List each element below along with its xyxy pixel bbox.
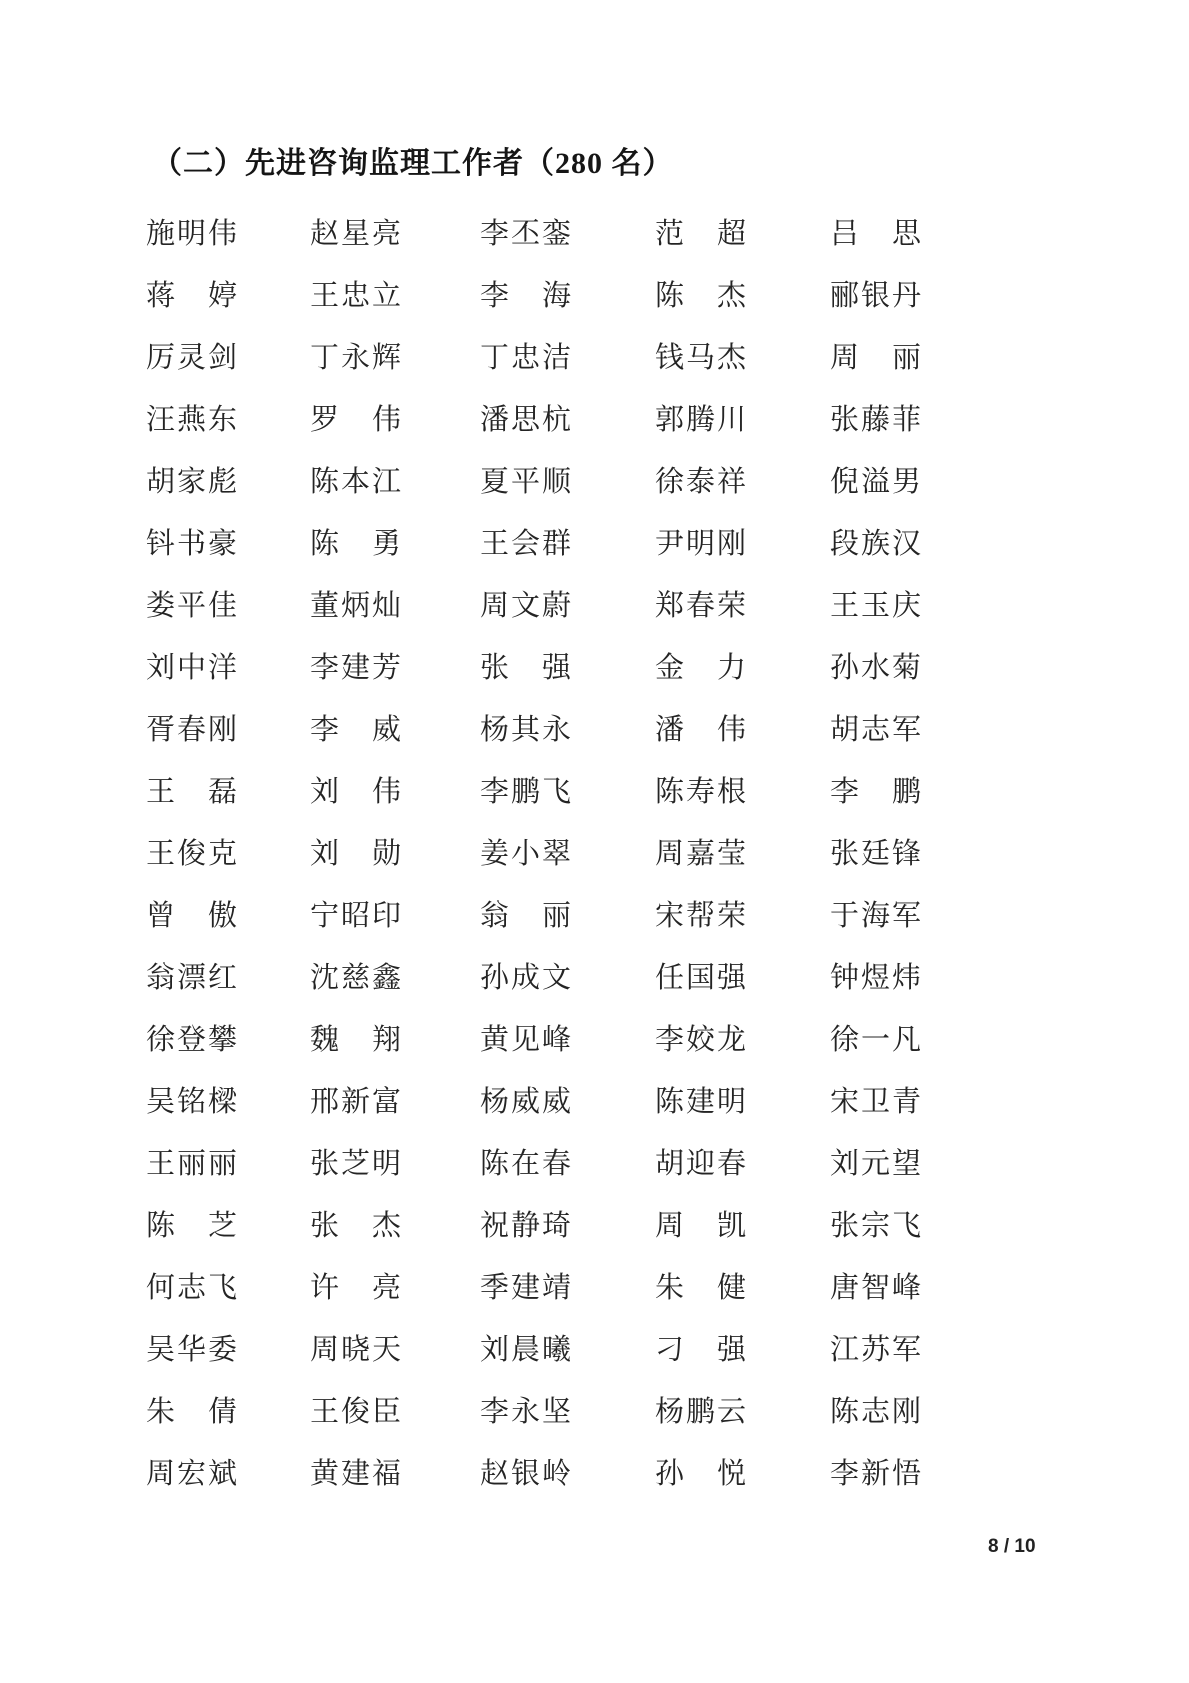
name-cell: 黄建福 bbox=[310, 1451, 480, 1492]
name-cell: 徐泰祥 bbox=[655, 459, 830, 500]
name-cell: 汪燕东 bbox=[146, 397, 310, 438]
name-cell: 吴华委 bbox=[146, 1327, 310, 1368]
name-row: 胡家彪陈本江夏平顺徐泰祥倪溢男 bbox=[146, 448, 960, 510]
name-cell: 陈寿根 bbox=[655, 769, 830, 810]
name-cell: 曾 傲 bbox=[146, 893, 310, 934]
name-cell: 胥春刚 bbox=[146, 707, 310, 748]
name-cell: 陈本江 bbox=[310, 459, 480, 500]
name-cell: 李新悟 bbox=[830, 1451, 960, 1492]
name-cell: 金 力 bbox=[655, 645, 830, 686]
name-cell: 罗 伟 bbox=[310, 397, 480, 438]
name-cell: 陈建明 bbox=[655, 1079, 830, 1120]
name-cell: 李姣龙 bbox=[655, 1017, 830, 1058]
names-grid: 施明伟赵星亮李丕銮范 超吕 思蒋 婷王忠立李 海陈 杰郦银丹厉灵剑丁永辉丁忠洁钱… bbox=[146, 200, 960, 1502]
name-row: 吴铭樑邢新富杨威威陈建明宋卫青 bbox=[146, 1068, 960, 1130]
name-cell: 李 威 bbox=[310, 707, 480, 748]
name-cell: 吴铭樑 bbox=[146, 1079, 310, 1120]
name-cell: 丁永辉 bbox=[310, 335, 480, 376]
name-cell: 陈在春 bbox=[480, 1141, 655, 1182]
name-cell: 董炳灿 bbox=[310, 583, 480, 624]
name-row: 曾 傲宁昭印翁 丽宋帮荣于海军 bbox=[146, 882, 960, 944]
section-title: （二）先进咨询监理工作者（280 名） bbox=[152, 138, 674, 182]
name-cell: 李永坚 bbox=[480, 1389, 655, 1430]
name-cell: 钟煜炜 bbox=[830, 955, 960, 996]
name-row: 汪燕东罗 伟潘思杭郭腾川张藤菲 bbox=[146, 386, 960, 448]
name-cell: 郑春荣 bbox=[655, 583, 830, 624]
name-cell: 王会群 bbox=[480, 521, 655, 562]
name-cell: 施明伟 bbox=[146, 211, 310, 252]
name-cell: 范 超 bbox=[655, 211, 830, 252]
name-row: 刘中洋李建芳张 强金 力孙水菊 bbox=[146, 634, 960, 696]
name-cell: 李鹏飞 bbox=[480, 769, 655, 810]
name-cell: 张宗飞 bbox=[830, 1203, 960, 1244]
name-cell: 张藤菲 bbox=[830, 397, 960, 438]
name-cell: 徐登攀 bbox=[146, 1017, 310, 1058]
name-cell: 李 海 bbox=[480, 273, 655, 314]
name-row: 娄平佳董炳灿周文蔚郑春荣王玉庆 bbox=[146, 572, 960, 634]
name-cell: 吕 思 bbox=[830, 211, 960, 252]
name-cell: 翁 丽 bbox=[480, 893, 655, 934]
name-cell: 王俊臣 bbox=[310, 1389, 480, 1430]
name-cell: 周 丽 bbox=[830, 335, 960, 376]
name-cell: 陈志刚 bbox=[830, 1389, 960, 1430]
name-cell: 任国强 bbox=[655, 955, 830, 996]
name-row: 蒋 婷王忠立李 海陈 杰郦银丹 bbox=[146, 262, 960, 324]
name-cell: 厉灵剑 bbox=[146, 335, 310, 376]
name-row: 吴华委周晓天刘晨曦刁 强江苏军 bbox=[146, 1316, 960, 1378]
name-row: 朱 倩王俊臣李永坚杨鹏云陈志刚 bbox=[146, 1378, 960, 1440]
name-cell: 刁 强 bbox=[655, 1327, 830, 1368]
name-cell: 张 强 bbox=[480, 645, 655, 686]
name-cell: 潘思杭 bbox=[480, 397, 655, 438]
name-cell: 钭书豪 bbox=[146, 521, 310, 562]
name-cell: 江苏军 bbox=[830, 1327, 960, 1368]
name-cell: 刘 伟 bbox=[310, 769, 480, 810]
name-row: 钭书豪陈 勇王会群尹明刚段族汉 bbox=[146, 510, 960, 572]
name-cell: 许 亮 bbox=[310, 1265, 480, 1306]
name-cell: 李丕銮 bbox=[480, 211, 655, 252]
name-cell: 张 杰 bbox=[310, 1203, 480, 1244]
document-page: （二）先进咨询监理工作者（280 名） 施明伟赵星亮李丕銮范 超吕 思蒋 婷王忠… bbox=[0, 0, 1189, 1683]
name-cell: 夏平顺 bbox=[480, 459, 655, 500]
name-cell: 陈 芝 bbox=[146, 1203, 310, 1244]
name-cell: 丁忠洁 bbox=[480, 335, 655, 376]
name-cell: 尹明刚 bbox=[655, 521, 830, 562]
name-cell: 王俊克 bbox=[146, 831, 310, 872]
name-cell: 段族汉 bbox=[830, 521, 960, 562]
name-cell: 姜小翠 bbox=[480, 831, 655, 872]
name-row: 厉灵剑丁永辉丁忠洁钱马杰周 丽 bbox=[146, 324, 960, 386]
page-number: 8 / 10 bbox=[988, 1536, 1036, 1558]
name-cell: 王 磊 bbox=[146, 769, 310, 810]
name-cell: 王丽丽 bbox=[146, 1141, 310, 1182]
name-cell: 潘 伟 bbox=[655, 707, 830, 748]
name-cell: 刘 勋 bbox=[310, 831, 480, 872]
name-cell: 娄平佳 bbox=[146, 583, 310, 624]
name-cell: 宋帮荣 bbox=[655, 893, 830, 934]
name-cell: 季建靖 bbox=[480, 1265, 655, 1306]
name-cell: 杨其永 bbox=[480, 707, 655, 748]
name-cell: 胡家彪 bbox=[146, 459, 310, 500]
name-cell: 李建芳 bbox=[310, 645, 480, 686]
name-cell: 何志飞 bbox=[146, 1265, 310, 1306]
name-row: 翁漂红沈慈鑫孙成文任国强钟煜炜 bbox=[146, 944, 960, 1006]
name-row: 王俊克刘 勋姜小翠周嘉莹张廷锋 bbox=[146, 820, 960, 882]
name-cell: 宋卫青 bbox=[830, 1079, 960, 1120]
name-cell: 刘中洋 bbox=[146, 645, 310, 686]
name-cell: 赵星亮 bbox=[310, 211, 480, 252]
name-cell: 胡迎春 bbox=[655, 1141, 830, 1182]
name-cell: 张芝明 bbox=[310, 1141, 480, 1182]
name-cell: 周宏斌 bbox=[146, 1451, 310, 1492]
name-cell: 周晓天 bbox=[310, 1327, 480, 1368]
name-cell: 黄见峰 bbox=[480, 1017, 655, 1058]
name-cell: 周文蔚 bbox=[480, 583, 655, 624]
name-cell: 郭腾川 bbox=[655, 397, 830, 438]
name-cell: 陈 勇 bbox=[310, 521, 480, 562]
name-cell: 陈 杰 bbox=[655, 273, 830, 314]
name-cell: 杨鹏云 bbox=[655, 1389, 830, 1430]
name-row: 王 磊刘 伟李鹏飞陈寿根李 鹏 bbox=[146, 758, 960, 820]
name-cell: 周 凯 bbox=[655, 1203, 830, 1244]
name-cell: 宁昭印 bbox=[310, 893, 480, 934]
name-row: 何志飞许 亮季建靖朱 健唐智峰 bbox=[146, 1254, 960, 1316]
name-cell: 翁漂红 bbox=[146, 955, 310, 996]
name-row: 施明伟赵星亮李丕銮范 超吕 思 bbox=[146, 200, 960, 262]
name-row: 陈 芝张 杰祝静琦周 凯张宗飞 bbox=[146, 1192, 960, 1254]
name-cell: 蒋 婷 bbox=[146, 273, 310, 314]
name-cell: 邢新富 bbox=[310, 1079, 480, 1120]
name-row: 胥春刚李 威杨其永潘 伟胡志军 bbox=[146, 696, 960, 758]
name-cell: 祝静琦 bbox=[480, 1203, 655, 1244]
name-cell: 孙成文 bbox=[480, 955, 655, 996]
name-cell: 唐智峰 bbox=[830, 1265, 960, 1306]
name-cell: 孙 悦 bbox=[655, 1451, 830, 1492]
name-cell: 刘晨曦 bbox=[480, 1327, 655, 1368]
name-row: 王丽丽张芝明陈在春胡迎春刘元望 bbox=[146, 1130, 960, 1192]
name-cell: 张廷锋 bbox=[830, 831, 960, 872]
name-cell: 李 鹏 bbox=[830, 769, 960, 810]
name-cell: 杨威威 bbox=[480, 1079, 655, 1120]
name-row: 徐登攀魏 翔黄见峰李姣龙徐一凡 bbox=[146, 1006, 960, 1068]
name-cell: 孙水菊 bbox=[830, 645, 960, 686]
name-cell: 朱 健 bbox=[655, 1265, 830, 1306]
name-cell: 赵银岭 bbox=[480, 1451, 655, 1492]
name-cell: 于海军 bbox=[830, 893, 960, 934]
name-cell: 徐一凡 bbox=[830, 1017, 960, 1058]
name-cell: 郦银丹 bbox=[830, 273, 960, 314]
name-cell: 刘元望 bbox=[830, 1141, 960, 1182]
name-cell: 魏 翔 bbox=[310, 1017, 480, 1058]
name-cell: 钱马杰 bbox=[655, 335, 830, 376]
name-cell: 胡志军 bbox=[830, 707, 960, 748]
name-cell: 王玉庆 bbox=[830, 583, 960, 624]
name-row: 周宏斌黄建福赵银岭孙 悦李新悟 bbox=[146, 1440, 960, 1502]
name-cell: 周嘉莹 bbox=[655, 831, 830, 872]
name-cell: 倪溢男 bbox=[830, 459, 960, 500]
name-cell: 朱 倩 bbox=[146, 1389, 310, 1430]
name-cell: 王忠立 bbox=[310, 273, 480, 314]
name-cell: 沈慈鑫 bbox=[310, 955, 480, 996]
